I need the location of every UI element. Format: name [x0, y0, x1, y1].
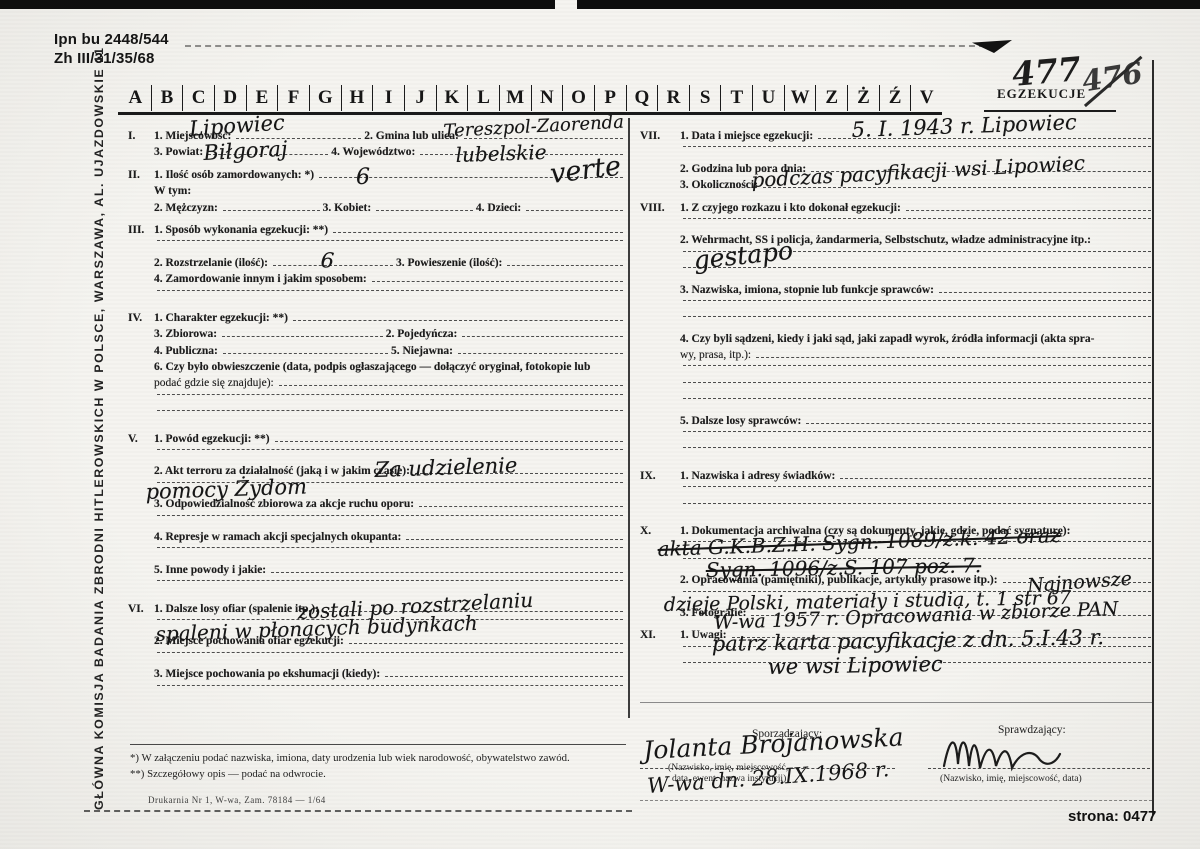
field-label-rozstrzelanie: 2. Rozstrzelanie (ilość):: [154, 257, 270, 269]
field-line: [683, 146, 1151, 147]
field-line: [157, 652, 623, 653]
continuation-line: [128, 580, 626, 596]
continuation-line: [128, 547, 626, 563]
continuation-line: [128, 410, 626, 426]
alphabet-tab: H: [342, 85, 374, 111]
field-line: [683, 382, 1151, 383]
field-row-rozkaz: VIII. 1. Z czyjego rozkazu i kto dokonał…: [640, 202, 1154, 218]
continuation-line: [128, 685, 626, 701]
section-number: V.: [128, 433, 154, 445]
field-line: [507, 265, 623, 266]
checker-caption: (Nazwisko, imię, miejscowość, data): [940, 773, 1082, 784]
field-label-publiczna: 4. Publiczna:: [154, 345, 220, 357]
field-line: [406, 539, 623, 540]
field-label-ekshumacja: 3. Miejsce pochowania po ekshumacji (kie…: [154, 668, 382, 680]
continuation-line: [128, 290, 626, 306]
field-line: [683, 486, 1151, 487]
hw-uwagi-value-2: we wsi Lipowiec: [768, 654, 943, 678]
continuation-line: [640, 218, 1154, 234]
footnotes-block: *) W załączeniu podać nazwiska, imiona, …: [130, 752, 632, 784]
continuation-line: [128, 240, 626, 256]
field-label-powod: 1. Powód egzekucji: **): [154, 433, 272, 445]
alphabet-tab: Q: [627, 85, 659, 111]
checker-signature-handwriting: [936, 726, 1066, 774]
field-line: [157, 685, 623, 686]
field-line: [683, 218, 1151, 219]
hw-verte-margin-note: verte: [549, 153, 623, 188]
hw-akt-terroru-value-2: pomocy Żydom: [145, 476, 307, 503]
field-line: [157, 240, 623, 241]
hw-ilosc-osob-value: 6: [356, 167, 370, 189]
section-number: VI.: [128, 603, 154, 615]
section-number: XI.: [640, 629, 680, 641]
field-label-zbiorowa: 3. Zbiorowa:: [154, 328, 219, 340]
field-label-pojedyncza: 2. Pojedyńcza:: [386, 328, 460, 340]
hw-rozstrzelanie-value: 6: [320, 250, 335, 272]
continuation-line: [128, 394, 626, 410]
alphabet-tab: Ź: [880, 85, 912, 111]
field-row-czy-sadzeni-1: 4. Czy byli sądzeni, kiedy i jaki sąd, j…: [640, 333, 1154, 349]
signature-separator-line: [640, 702, 1152, 703]
field-label-czy-sadzeni: 4. Czy byli sądzeni, kiedy i jaki sąd, j…: [680, 333, 1096, 345]
continuation-line: [640, 431, 1154, 447]
field-line: [683, 431, 1151, 432]
alphabet-tab: K: [437, 85, 469, 111]
commission-vertical-title: GŁÓWNA KOMISJA BADANIA ZBRODNI HITLEROWS…: [92, 102, 106, 810]
field-row-swiadkowie: IX. 1. Nazwiska i adresy świadków:: [640, 470, 1154, 486]
alphabet-tab: O: [563, 85, 595, 111]
alphabet-tab: A: [120, 85, 152, 111]
scan-top-edge-gap: [555, 0, 577, 9]
field-line: [939, 292, 1151, 293]
alphabet-tab: S: [690, 85, 722, 111]
continuation-line: [640, 398, 1154, 414]
field-line: [385, 676, 623, 677]
checker-signature-line: [928, 768, 1150, 769]
alphabet-index-row: A B C D E F G H I J K L M N O P Q R S T …: [120, 85, 942, 111]
alphabet-tab: L: [468, 85, 500, 111]
section-number: VIII.: [640, 202, 680, 214]
field-line: [333, 232, 623, 233]
field-row-nazwiska-sprawcow: 3. Nazwiska, imiona, stopnie lub funkcje…: [640, 284, 1154, 300]
field-label-wtym: W tym:: [154, 185, 193, 197]
alphabet-tab: B: [152, 85, 184, 111]
form-right-column: VII. 1. Data i miejsce egzekucji: 2. God…: [640, 130, 1154, 702]
field-label-data-miejsce: 1. Data i miejsce egzekucji:: [680, 130, 815, 142]
section-number: III.: [128, 224, 154, 236]
alphabet-tab: Z: [816, 85, 848, 111]
field-label-obwieszczenie: 6. Czy było obwieszczenie (data, podpis …: [154, 361, 592, 373]
field-label-swiadkowie: 1. Nazwiska i adresy świadków:: [680, 470, 837, 482]
continuation-line: [128, 652, 626, 668]
continuation-line: [640, 300, 1154, 316]
field-line: [223, 353, 388, 354]
field-row-inne-powody: 5. Inne powody i jakie:: [128, 564, 626, 580]
field-row-obwieszczenie-2: podać gdzie się znajduje):: [128, 377, 626, 393]
field-label-obwieszczenie-cd: podać gdzie się znajduje):: [154, 377, 276, 389]
field-line: [683, 316, 1151, 317]
alphabet-tab: V: [911, 85, 942, 111]
field-row-obwieszczenie-1: 6. Czy było obwieszczenie (data, podpis …: [128, 361, 626, 377]
alphabet-tab: E: [247, 85, 279, 111]
alphabet-tab: J: [405, 85, 437, 111]
field-line: [157, 394, 623, 395]
alphabet-tab: C: [183, 85, 215, 111]
field-row-dalsze-losy-sprawcow: 5. Dalsze losy sprawców:: [640, 415, 1154, 431]
field-label-inne-powody: 5. Inne powody i jakie:: [154, 564, 268, 576]
field-row-zamordowanie-innym: 4. Zamordowanie innym i jakim sposobem:: [128, 273, 626, 289]
column-divider-line: [628, 118, 630, 718]
archive-ref-line1: Ipn bu 2448/544: [54, 30, 169, 49]
field-line: [683, 300, 1151, 301]
field-line: [458, 353, 623, 354]
scan-top-edge: [0, 0, 1200, 9]
hw-preparer-name: Jolanta Brojanowska: [643, 724, 904, 763]
field-row-ekshumacja: 3. Miejsce pochowania po ekshumacji (kie…: [128, 668, 626, 684]
field-line: [222, 336, 383, 337]
alphabet-tab: G: [310, 85, 342, 111]
continuation-line: [640, 382, 1154, 398]
alphabet-tab: R: [658, 85, 690, 111]
archive-ref-line2: Zh III/31/35/68: [54, 49, 169, 68]
field-line: [840, 478, 1151, 479]
field-line: [376, 210, 473, 211]
alphabet-tab: I: [373, 85, 405, 111]
field-line: [683, 447, 1151, 448]
alphabet-tab: P: [595, 85, 627, 111]
field-label-niejawna: 5. Niejawna:: [391, 345, 455, 357]
field-label-sposob: 1. Sposób wykonania egzekucji: **): [154, 224, 330, 236]
field-label-dalsze-losy-ofiar: 1. Dalsze losy ofiar (spalenie itp.):: [154, 603, 321, 615]
alphabet-tab: U: [753, 85, 785, 111]
alphabet-tab: Ż: [848, 85, 880, 111]
continuation-line: [640, 486, 1154, 502]
scan-bottom-dash-left: [84, 810, 632, 812]
field-label-charakter: 1. Charakter egzekucji: **): [154, 312, 290, 324]
field-line: [157, 515, 623, 516]
page-footer-number: strona: 0477: [1068, 808, 1156, 825]
section-number: IV.: [128, 312, 154, 324]
field-line: [157, 290, 623, 291]
scan-bottom-line-right: [640, 800, 1152, 801]
field-label-powieszenie: 3. Powieszenie (ilość):: [396, 257, 504, 269]
field-line: [279, 385, 623, 386]
field-line: [349, 643, 623, 644]
section-number: VII.: [640, 130, 680, 142]
hw-powiat-value: Biłgoraj: [203, 139, 288, 164]
field-line: [806, 423, 1151, 424]
fold-crease-line: [185, 45, 985, 47]
section-number: IX.: [640, 470, 680, 482]
field-label-wojewodztwo: 4. Województwo:: [331, 146, 417, 158]
alphabet-tab: T: [721, 85, 753, 111]
field-label-dzieci: 4. Dzieci:: [476, 202, 523, 214]
form-left-column: I. 1. Miejscowość: 2. Gmina lub ulica: 3…: [128, 130, 626, 744]
field-row-mezczyzn-kobiet-dzieci: 2. Mężczyzn: 3. Kobiet: 4. Dzieci:: [128, 202, 626, 218]
field-label-powiat: 3. Powiat:: [154, 146, 205, 158]
field-label-ilosc-osob: 1. Ilość osób zamordowanych: *): [154, 169, 316, 181]
continuation-line: [640, 503, 1154, 519]
field-label-nazwiska-sprawcow: 3. Nazwiska, imiona, stopnie lub funkcje…: [680, 284, 936, 296]
alphabet-tab: M: [500, 85, 532, 111]
field-label-represje: 4. Represje w ramach akcji specjalnych o…: [154, 531, 403, 543]
field-line: [683, 503, 1151, 504]
archive-reference: Ipn bu 2448/544 Zh III/31/35/68: [54, 30, 169, 68]
printer-imprint: Drukarnia Nr 1, W-wa, Zam. 78184 — 1/64: [148, 795, 326, 805]
field-line: [462, 336, 623, 337]
field-label-czy-sadzeni-cd: wy, prasa, itp.):: [680, 349, 753, 361]
field-row-czy-sadzeni-2: wy, prasa, itp.):: [640, 349, 1154, 365]
alphabet-tab: D: [215, 85, 247, 111]
alphabet-tab: F: [278, 85, 310, 111]
field-row-publiczna-niejawna: 4. Publiczna: 5. Niejawna:: [128, 345, 626, 361]
field-line: [756, 357, 1151, 358]
field-line: [526, 210, 623, 211]
hw-wojewodztwo-value: lubelskie: [455, 142, 547, 165]
field-line: [372, 281, 623, 282]
field-row-rozstrzelanie-powieszenie: 2. Rozstrzelanie (ilość): 3. Powieszenie…: [128, 257, 626, 273]
continuation-line: [640, 316, 1154, 332]
field-label-dalsze-losy-sprawcow: 5. Dalsze losy sprawców:: [680, 415, 803, 427]
field-line: [157, 580, 623, 581]
field-label-rozkaz: 1. Z czyjego rozkazu i kto dokonał egzek…: [680, 202, 903, 214]
alphabet-tab: N: [532, 85, 564, 111]
section-number: I.: [128, 130, 154, 142]
hw-dokumentacja-value-2: Sygn. 1096/z.S. 107 poz. 7.: [706, 555, 982, 580]
crossed-out-page-number: 476: [1080, 55, 1145, 98]
field-label-mezczyzn: 2. Mężczyzn:: [154, 202, 220, 214]
field-line: [157, 410, 623, 411]
field-row-represje: 4. Represje w ramach akcji specjalnych o…: [128, 531, 626, 547]
scanned-execution-card: Ipn bu 2448/544 Zh III/31/35/68 477 476 …: [0, 0, 1200, 849]
hw-akt-terroru-value-1: Za udzielenie: [374, 455, 517, 481]
field-line: [906, 210, 1151, 211]
footnote-separator: [130, 744, 626, 745]
alphabet-tab: W: [785, 85, 817, 111]
field-line: [157, 547, 623, 548]
field-line: [275, 441, 623, 442]
field-row-zbiorowa-pojedyncza: 3. Zbiorowa: 2. Pojedyńcza:: [128, 328, 626, 344]
continuation-line: [640, 447, 1154, 463]
field-line: [223, 210, 320, 211]
field-line: [683, 365, 1151, 366]
field-row-powod: V. 1. Powód egzekucji: **): [128, 433, 626, 449]
field-line: [271, 572, 623, 573]
field-line: [683, 398, 1151, 399]
footnote-double-star: **) Szczegółowy opis — podać na odwrocie…: [130, 768, 632, 781]
field-line: [419, 506, 623, 507]
continuation-line: [640, 365, 1154, 381]
footnote-star: *) W załączeniu podać nazwiska, imiona, …: [130, 752, 632, 765]
field-line: [157, 449, 623, 450]
section-number: X.: [640, 525, 680, 537]
section-number: II.: [128, 169, 154, 181]
field-row-sposob-wykonania: III. 1. Sposób wykonania egzekucji: **): [128, 224, 626, 240]
register-label: EGZEKUCJE: [997, 86, 1086, 102]
field-row-charakter: IV. 1. Charakter egzekucji: **): [128, 312, 626, 328]
field-line: [293, 320, 623, 321]
continuation-line: [128, 515, 626, 531]
field-label-kobiet: 3. Kobiet:: [323, 202, 374, 214]
field-label-okolicznosci: 3. Okoliczności:: [680, 179, 760, 191]
field-label-zamordowanie: 4. Zamordowanie innym i jakim sposobem:: [154, 273, 369, 285]
